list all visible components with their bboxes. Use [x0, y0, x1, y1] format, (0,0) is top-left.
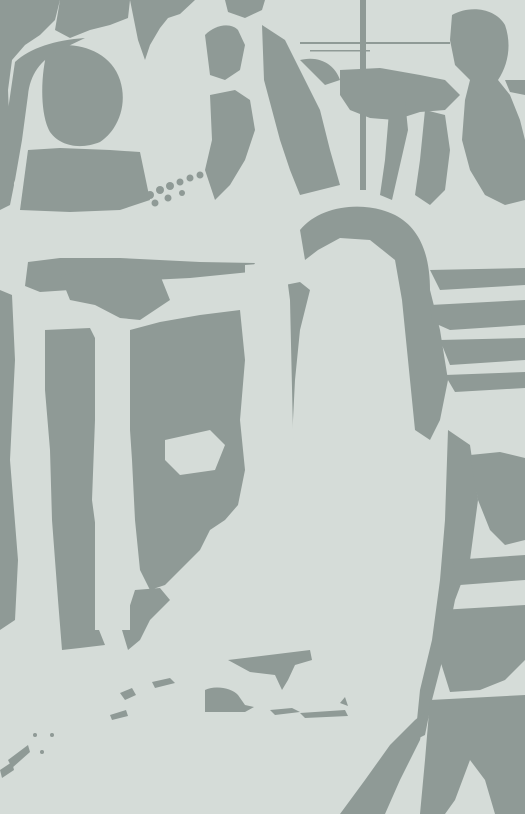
photo-canvas [0, 0, 525, 814]
halftone-photograph [0, 0, 525, 814]
